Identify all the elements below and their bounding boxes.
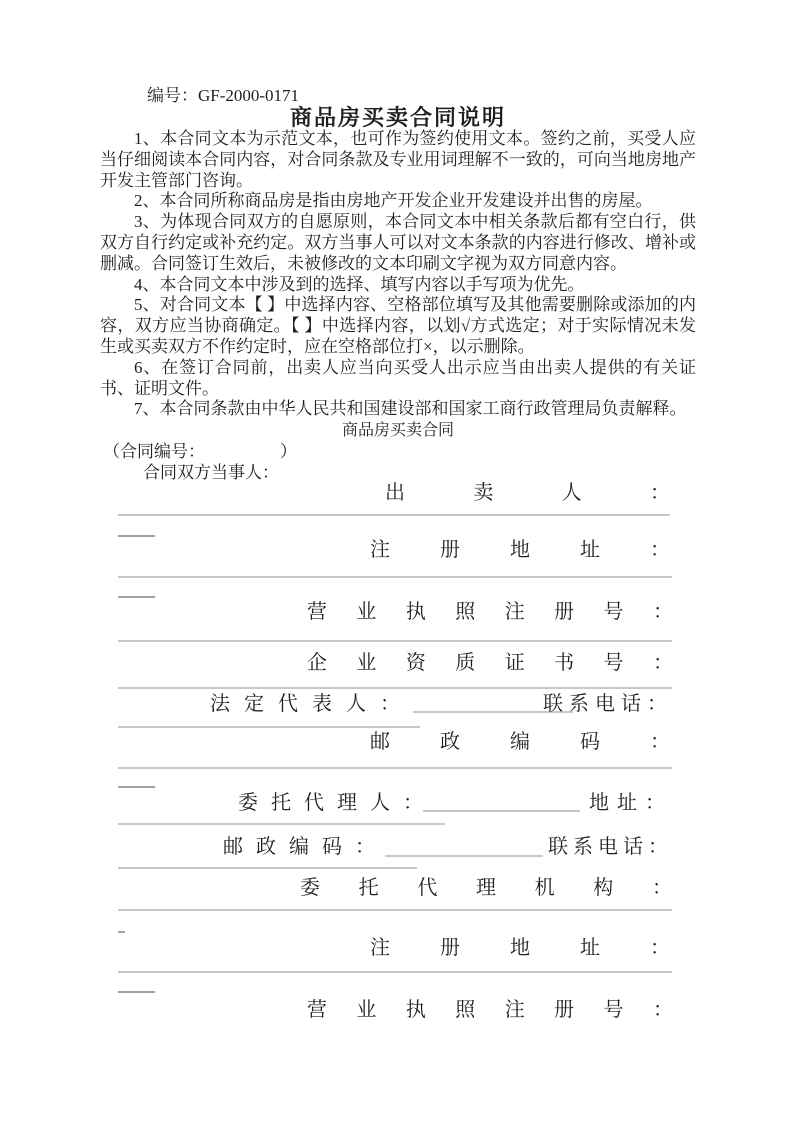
reg-address-line[interactable] — [118, 576, 672, 578]
agency-reg-address-label: 注册地址： — [370, 938, 670, 958]
intro-paragraph-4: 4、本合同文本中涉及到的选择、填写内容以手写项为优先。 — [100, 275, 696, 296]
intro-paragraph-6: 6、在签订合同前，出卖人应当向买受人出示应当由出卖人提供的有关证书、证明文件。 — [100, 358, 696, 400]
doc-number: 编号：GF-2000-0171 — [100, 85, 696, 106]
document-header-block: 编号：GF-2000-0171 商品房买卖合同说明 1、本合同文本为示范文本，也… — [100, 85, 696, 483]
business-license-line[interactable] — [118, 640, 672, 642]
reg-address-line-continuation[interactable] — [118, 596, 155, 598]
agency-line-continuation-dash[interactable] — [118, 931, 125, 933]
intro-paragraph-3: 3、为体现合同双方的自愿原则，本合同文本中相关条款后都有空白行，供双方自行约定或… — [100, 212, 696, 274]
seller-name-line-continuation[interactable] — [118, 535, 155, 537]
intro-paragraph-1: 1、本合同文本为示范文本，也可作为签约使用文本。签约之前，买受人应当仔细阅读本合… — [100, 129, 696, 191]
intro-section: 1、本合同文本为示范文本，也可作为签约使用文本。签约之前，买受人应当仔细阅读本合… — [100, 129, 696, 420]
agent-postal-code-field[interactable] — [385, 855, 543, 857]
agent-label: 委托代理人： — [238, 793, 436, 813]
intro-paragraph-5: 5、对合同文本【 】中选择内容、空格部位填写及其他需要删除或添加的内容，双方应当… — [100, 295, 696, 357]
agent-contact-phone-line[interactable] — [118, 867, 417, 869]
agency-label: 委托代理机构： — [300, 878, 672, 898]
contract-number-line: （合同编号：） — [100, 441, 696, 462]
legal-rep-label: 法定代表人： — [210, 694, 414, 714]
parties-heading: 合同双方当事人： — [100, 462, 696, 483]
agency-reg-address-line[interactable] — [118, 971, 672, 973]
intro-paragraph-2: 2、本合同所称商品房是指由房地产开发企业开发建设并出售的房屋。 — [100, 191, 696, 212]
contact-phone-line[interactable] — [118, 726, 420, 728]
postal-code-label: 邮政编码： — [370, 732, 670, 752]
doc-title: 商品房买卖合同说明 — [100, 106, 696, 129]
seller-name-line[interactable] — [118, 514, 670, 516]
agent-name-field[interactable] — [423, 810, 580, 812]
contract-document-page: 编号：GF-2000-0171 商品房买卖合同说明 1、本合同文本为示范文本，也… — [0, 0, 793, 1122]
reg-address-label: 注册地址： — [370, 540, 670, 560]
contract-title: 商品房买卖合同 — [100, 420, 696, 441]
contact-phone-label: 联系电话： — [543, 694, 673, 714]
agency-business-license-label: 营业执照注册号： — [307, 1000, 673, 1020]
contract-number-suffix: ） — [280, 442, 297, 461]
seller-label: 出卖人： — [385, 483, 670, 503]
agent-contact-phone-label: 联系电话： — [548, 837, 673, 857]
agency-reg-address-line-continuation[interactable] — [118, 991, 155, 993]
postal-code-line[interactable] — [118, 767, 672, 769]
postal-code-line-continuation[interactable] — [118, 786, 155, 788]
qualification-cert-line[interactable] — [118, 687, 672, 689]
agent-postal-code-label: 邮政编码： — [223, 837, 388, 857]
agent-address-line[interactable] — [118, 823, 445, 825]
qualification-cert-label: 企业资质证书号： — [307, 653, 673, 673]
contract-number-prefix: （合同编号： — [103, 442, 205, 461]
agency-name-line[interactable] — [118, 909, 672, 911]
agent-address-label: 地址： — [589, 793, 673, 813]
intro-paragraph-7: 7、本合同条款由中华人民共和国建设部和国家工商行政管理局负责解释。 — [100, 399, 696, 420]
business-license-label: 营业执照注册号： — [307, 602, 673, 622]
